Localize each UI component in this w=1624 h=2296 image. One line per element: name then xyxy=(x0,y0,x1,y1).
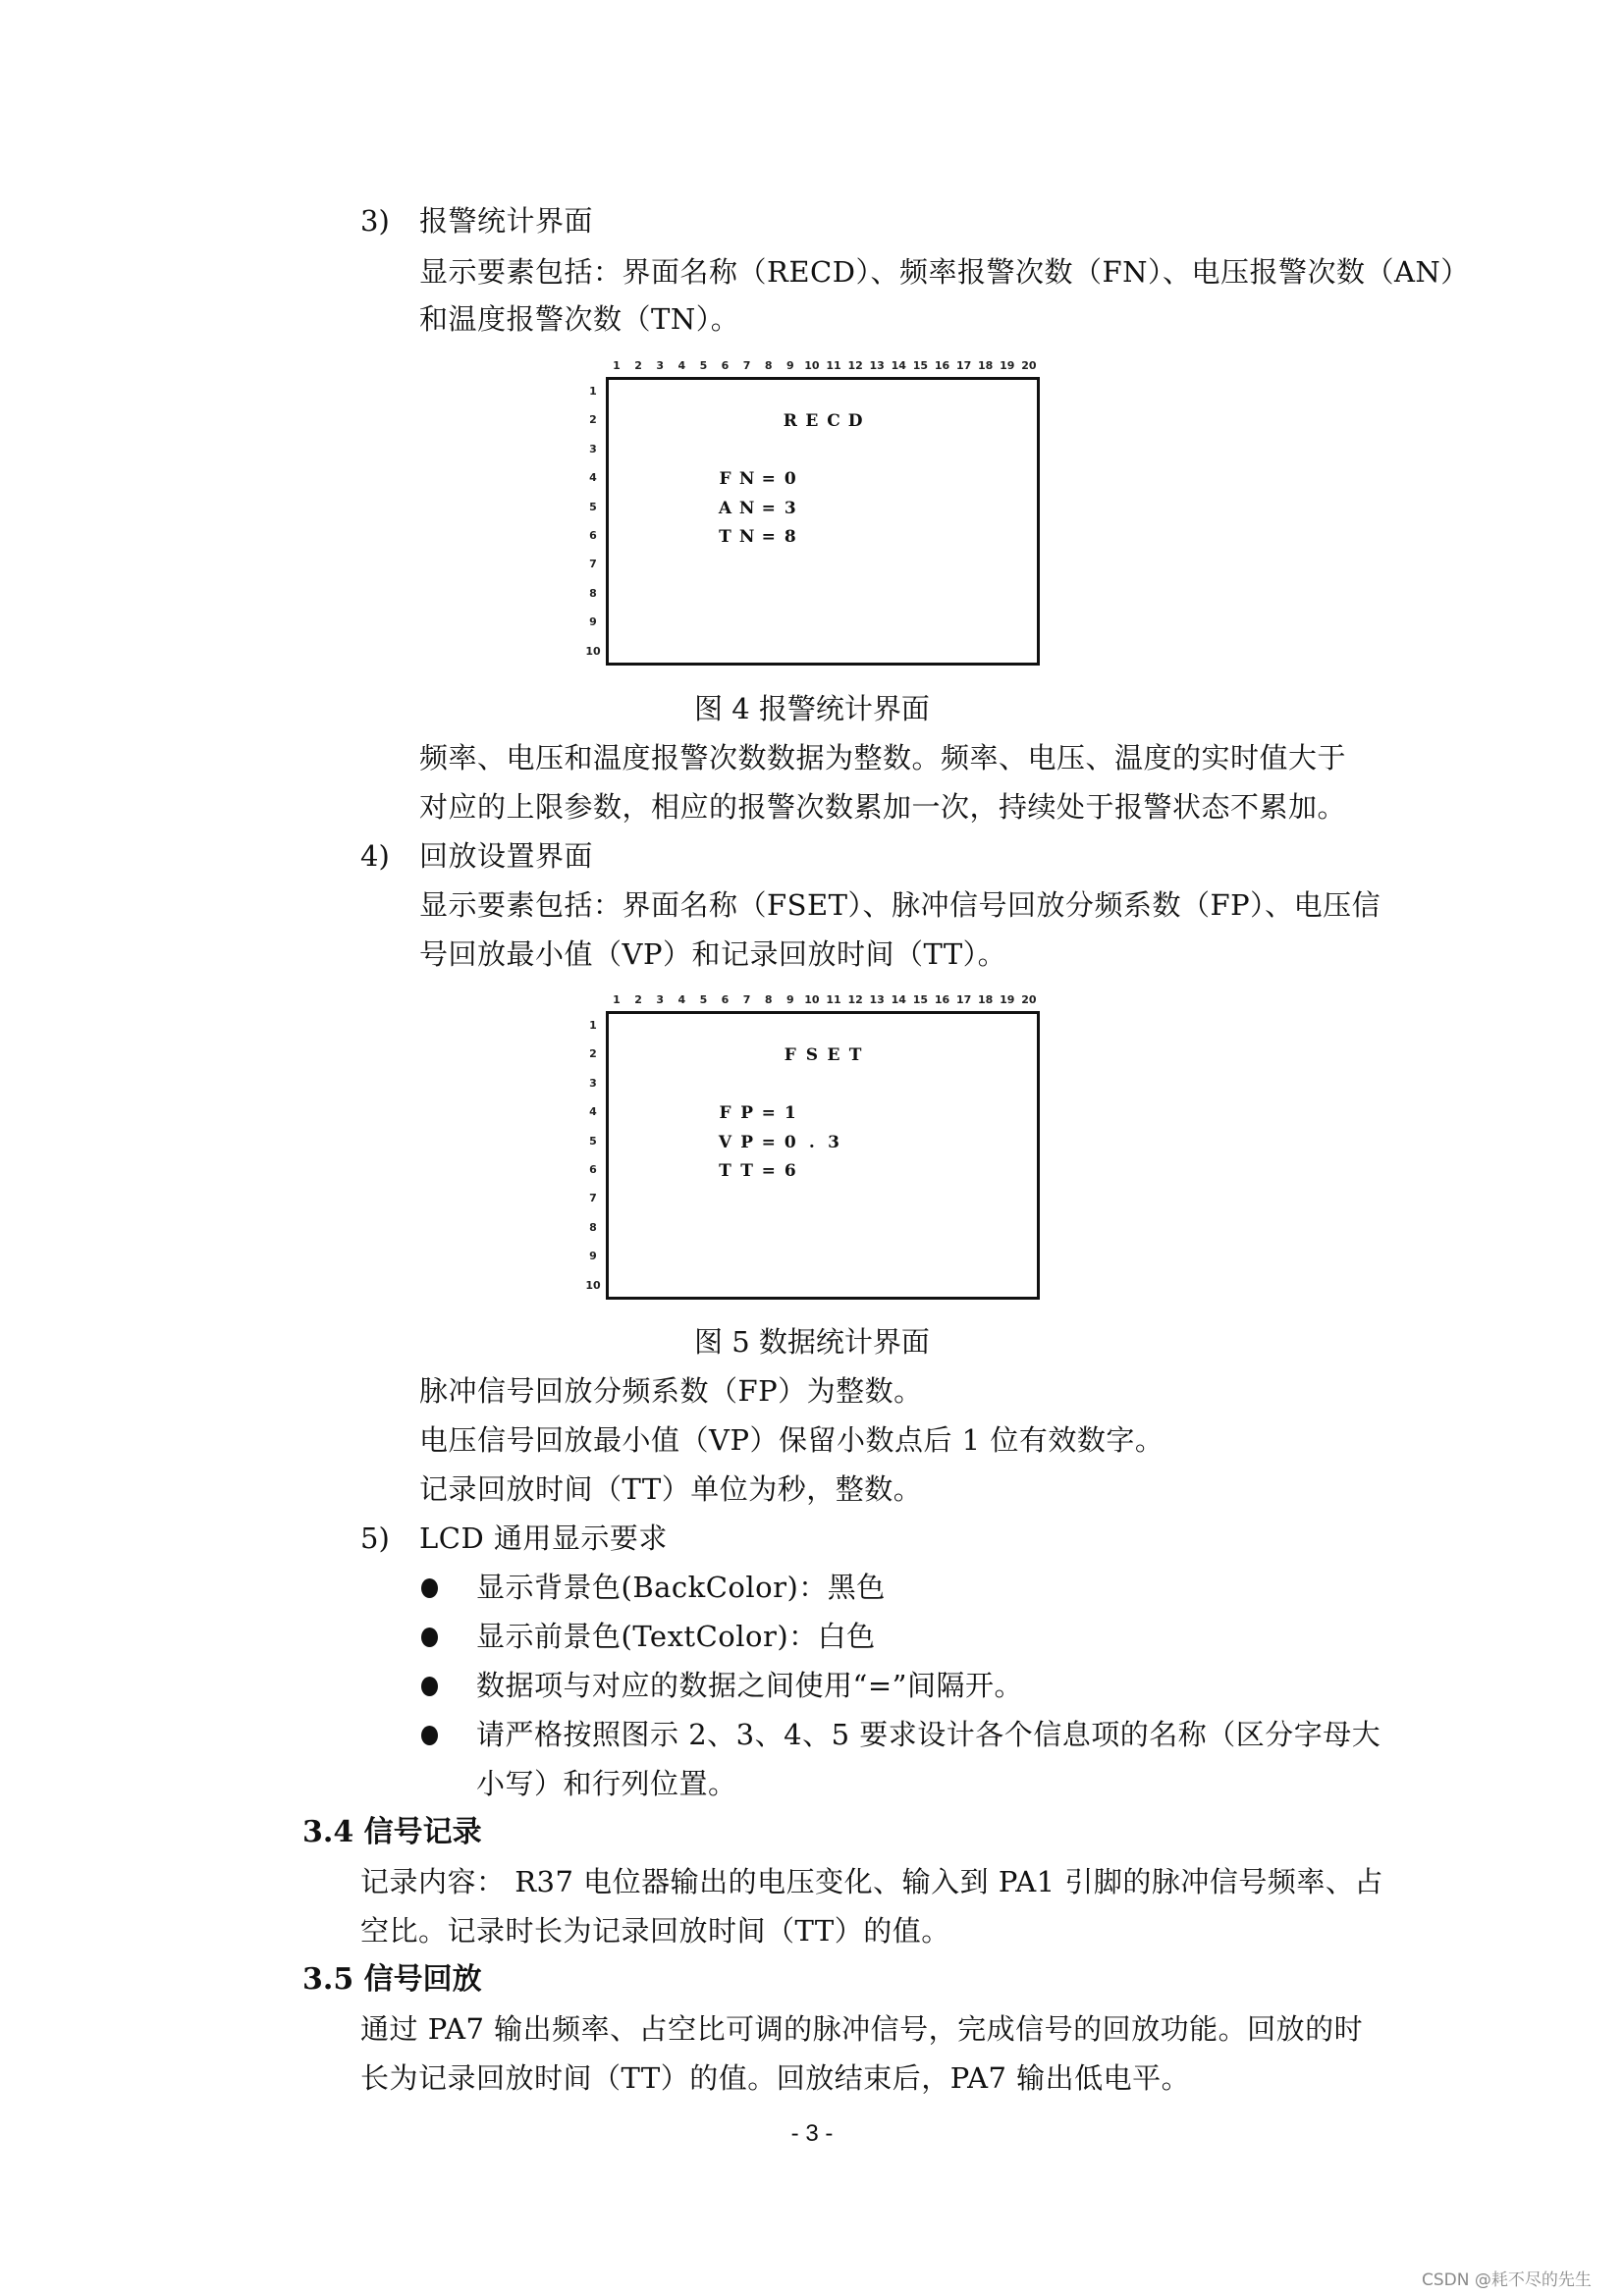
bullet-icon xyxy=(421,1578,438,1598)
row-label: 9 xyxy=(583,1250,603,1262)
section-title-lcd-general: LCD 通用显示要求 xyxy=(419,1519,668,1558)
paragraph-line: 通过 PA7 输出频率、占空比可调的脉冲信号，完成信号的回放功能。回放的时 xyxy=(360,2009,1363,2049)
column-label: 16 xyxy=(932,993,953,1006)
column-label: 20 xyxy=(1018,359,1040,372)
bullet-icon xyxy=(421,1726,438,1745)
column-label: 16 xyxy=(932,359,953,372)
row-label: 4 xyxy=(583,471,603,484)
paragraph-line: 空比。记录时长为记录回放时间（TT）的值。 xyxy=(360,1911,950,1950)
list-marker-5: 5) xyxy=(360,1519,390,1558)
column-label: 6 xyxy=(715,993,736,1006)
section-heading-3-5: 3.5 信号回放 xyxy=(302,1960,482,2000)
figure-caption: 图 4 报警统计界面 xyxy=(0,689,1624,728)
list-marker-4: 4) xyxy=(360,836,390,876)
bullet-text: 小写）和行列位置。 xyxy=(476,1764,737,1803)
row-label: 7 xyxy=(583,1192,603,1204)
row-label: 6 xyxy=(583,529,603,542)
column-label: 7 xyxy=(736,993,758,1006)
column-label: 17 xyxy=(953,993,975,1006)
row-label: 1 xyxy=(583,385,603,398)
column-label: 19 xyxy=(997,359,1018,372)
column-label: 2 xyxy=(627,359,649,372)
page-number: - 3 - xyxy=(0,2120,1624,2148)
column-label: 7 xyxy=(736,359,758,372)
column-label: 13 xyxy=(866,993,888,1006)
paragraph-line: 记录回放时间（TT）单位为秒，整数。 xyxy=(419,1469,922,1509)
lcd-screen-box: RECDFN=0AN=3TN=8 xyxy=(606,377,1040,666)
column-label: 8 xyxy=(758,359,780,372)
row-label: 2 xyxy=(583,1047,603,1060)
row-label: 4 xyxy=(583,1105,603,1118)
bullet-text: 数据项与对应的数据之间使用“=”间隔开。 xyxy=(476,1666,1023,1705)
column-label: 5 xyxy=(692,993,714,1006)
row-label: 10 xyxy=(583,645,603,658)
row-label: 3 xyxy=(583,443,603,455)
column-label: 15 xyxy=(909,359,931,372)
section-title-alarm-stats: 报警统计界面 xyxy=(419,201,593,240)
bullet-text: 显示背景色(BackColor)：黑色 xyxy=(476,1568,886,1607)
paragraph-line: 对应的上限参数，相应的报警次数累加一次，持续处于报警状态不累加。 xyxy=(419,787,1346,827)
column-label: 19 xyxy=(997,993,1018,1006)
figure-caption: 图 5 数据统计界面 xyxy=(0,1322,1624,1362)
row-label: 5 xyxy=(583,1135,603,1148)
column-label: 5 xyxy=(692,359,714,372)
row-label: 9 xyxy=(583,615,603,628)
paragraph-line: 记录内容： R37 电位器输出的电压变化、输入到 PA1 引脚的脉冲信号频率、占 xyxy=(360,1862,1383,1901)
bullet-icon xyxy=(421,1628,438,1647)
paragraph-line: 频率、电压和温度报警次数数据为整数。频率、电压、温度的实时值大于 xyxy=(419,738,1346,777)
paragraph-line: 显示要素包括：界面名称（FSET）、脉冲信号回放分频系数（FP）、电压信 xyxy=(419,885,1380,925)
column-label: 17 xyxy=(953,359,975,372)
column-label: 3 xyxy=(649,993,671,1006)
column-label: 9 xyxy=(780,993,801,1006)
column-label: 11 xyxy=(823,359,844,372)
column-label: 13 xyxy=(866,359,888,372)
column-label: 4 xyxy=(671,993,692,1006)
row-label: 10 xyxy=(583,1279,603,1292)
column-label: 1 xyxy=(606,359,627,372)
paragraph-line: 脉冲信号回放分频系数（FP）为整数。 xyxy=(419,1371,923,1411)
column-label: 15 xyxy=(909,993,931,1006)
row-label: 5 xyxy=(583,501,603,513)
row-label: 6 xyxy=(583,1163,603,1176)
bullet-text: 显示前景色(TextColor)：白色 xyxy=(476,1617,876,1656)
paragraph-line: 和温度报警次数（TN）。 xyxy=(419,299,739,339)
column-label: 14 xyxy=(888,993,909,1006)
column-label: 12 xyxy=(844,993,866,1006)
row-label: 2 xyxy=(583,413,603,426)
column-label: 18 xyxy=(975,993,997,1006)
paragraph-line: 显示要素包括：界面名称（RECD）、频率报警次数（FN）、电压报警次数（AN） xyxy=(419,252,1470,292)
column-label: 2 xyxy=(627,993,649,1006)
row-label: 8 xyxy=(583,587,603,600)
column-label: 4 xyxy=(671,359,692,372)
section-heading-3-4: 3.4 信号记录 xyxy=(302,1813,482,1852)
column-label: 1 xyxy=(606,993,627,1006)
lcd-screen-box: FSETFP=1VP=0.3TT=6 xyxy=(606,1011,1040,1300)
column-label: 11 xyxy=(823,993,844,1006)
list-marker-3: 3) xyxy=(360,201,390,240)
paragraph-line: 电压信号回放最小值（VP）保留小数点后 1 位有效数字。 xyxy=(419,1420,1164,1460)
watermark: CSDN @耗不尽的先生 xyxy=(1422,2266,1592,2290)
row-label: 8 xyxy=(583,1221,603,1234)
column-label: 18 xyxy=(975,359,997,372)
bullet-icon xyxy=(421,1677,438,1696)
column-label: 14 xyxy=(888,359,909,372)
column-label: 6 xyxy=(715,359,736,372)
column-label: 10 xyxy=(801,993,823,1006)
lcd-figure-recd: 1234567891011121314151617181920123456789… xyxy=(569,353,1051,667)
column-label: 8 xyxy=(758,993,780,1006)
section-title-playback-settings: 回放设置界面 xyxy=(419,836,593,876)
bullet-text: 请严格按照图示 2、3、4、5 要求设计各个信息项的名称（区分字母大 xyxy=(476,1715,1380,1754)
row-label: 7 xyxy=(583,558,603,570)
column-label: 12 xyxy=(844,359,866,372)
lcd-figure-fset: 1234567891011121314151617181920123456789… xyxy=(569,988,1051,1302)
column-label: 20 xyxy=(1018,993,1040,1006)
column-label: 9 xyxy=(780,359,801,372)
paragraph-line: 号回放最小值（VP）和记录回放时间（TT）。 xyxy=(419,934,1006,974)
column-label: 10 xyxy=(801,359,823,372)
paragraph-line: 长为记录回放时间（TT）的值。回放结束后，PA7 输出低电平。 xyxy=(360,2058,1190,2098)
row-label: 1 xyxy=(583,1019,603,1032)
column-label: 3 xyxy=(649,359,671,372)
row-label: 3 xyxy=(583,1077,603,1090)
